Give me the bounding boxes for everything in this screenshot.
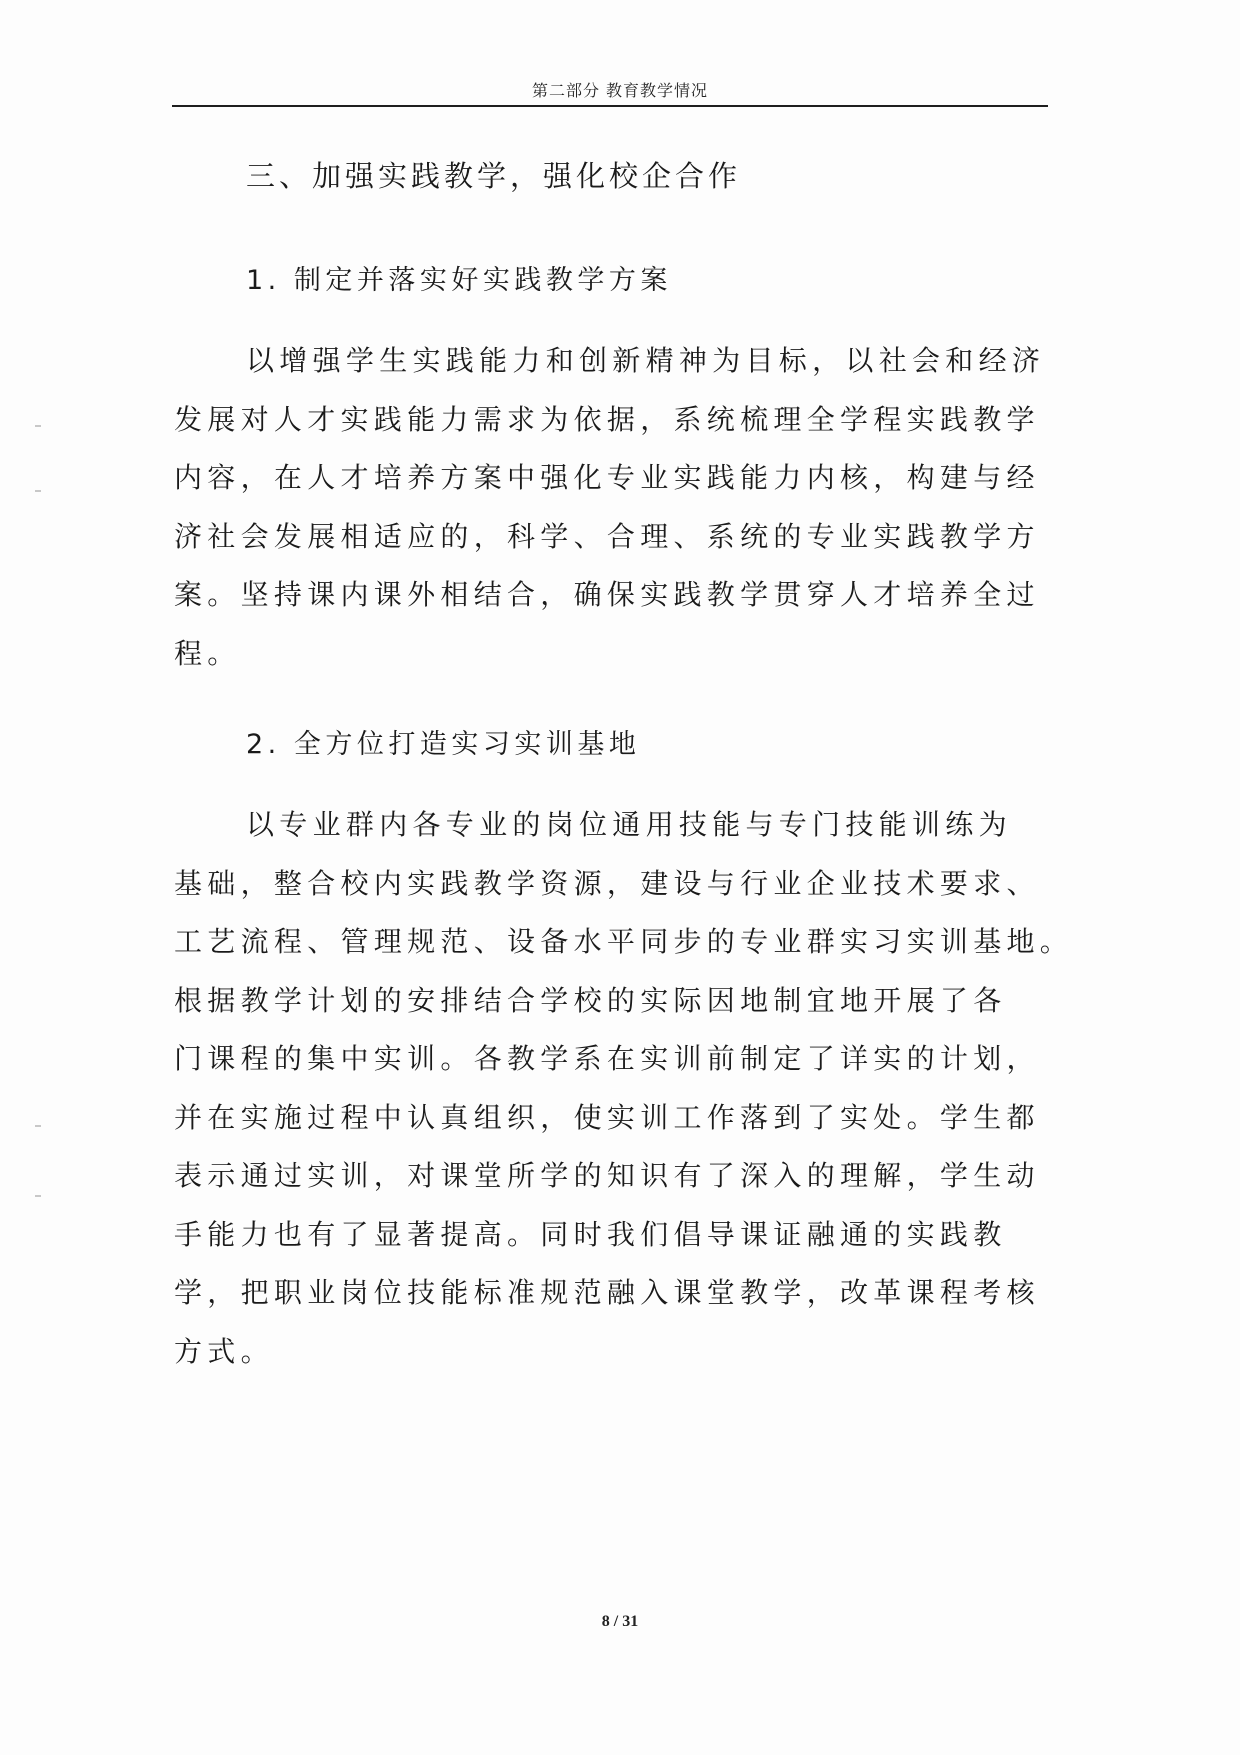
- scan-artifact: [35, 425, 41, 427]
- paragraph-line: 手能力也有了显著提高。同时我们倡导课证融通的实践教: [174, 1206, 1046, 1265]
- paragraph-line: 济社会发展相适应的，科学、合理、系统的专业实践教学方: [174, 508, 1046, 567]
- subsection-heading-2: 2. 全方位打造实习实训基地: [246, 722, 640, 761]
- paragraph-2: 以专业群内各专业的岗位通用技能与专门技能训练为 基础，整合校内实践教学资源，建设…: [174, 796, 1046, 1381]
- running-header: 第二部分 教育教学情况: [0, 78, 1240, 101]
- paragraph-line: 发展对人才实践能力需求为依据，系统梳理全学程实践教学: [174, 391, 1046, 450]
- paragraph-line: 学，把职业岗位技能标准规范融入课堂教学，改革课程考核: [174, 1264, 1046, 1323]
- scan-artifact: [35, 1195, 41, 1197]
- paragraph-line: 并在实施过程中认真组织，使实训工作落到了实处。学生都: [174, 1089, 1046, 1148]
- paragraph-line: 根据教学计划的安排结合学校的实际因地制宜地开展了各: [174, 972, 1046, 1031]
- paragraph-line: 以专业群内各专业的岗位通用技能与专门技能训练为: [174, 796, 1046, 855]
- subsection-heading-1: 1. 制定并落实好实践教学方案: [246, 258, 672, 297]
- paragraph-line: 门课程的集中实训。各教学系在实训前制定了详实的计划，: [174, 1030, 1046, 1089]
- section-heading: 三、加强实践教学，强化校企合作: [246, 154, 741, 195]
- paragraph-line: 工艺流程、管理规范、设备水平同步的专业群实习实训基地。: [174, 913, 1046, 972]
- paragraph-line: 内容，在人才培养方案中强化专业实践能力内核，构建与经: [174, 449, 1046, 508]
- paragraph-line: 方式。: [174, 1323, 1046, 1382]
- header-divider: [172, 105, 1048, 107]
- paragraph-line: 基础，整合校内实践教学资源，建设与行业企业技术要求、: [174, 855, 1046, 914]
- paragraph-1: 以增强学生实践能力和创新精神为目标，以社会和经济 发展对人才实践能力需求为依据，…: [174, 332, 1046, 683]
- paragraph-line: 以增强学生实践能力和创新精神为目标，以社会和经济: [174, 332, 1046, 391]
- paragraph-line: 案。坚持课内课外相结合，确保实践教学贯穿人才培养全过: [174, 566, 1046, 625]
- scan-artifact: [35, 490, 41, 492]
- paragraph-line: 表示通过实训，对课堂所学的知识有了深入的理解，学生动: [174, 1147, 1046, 1206]
- page-number: 8 / 31: [0, 1613, 1240, 1631]
- paragraph-line: 程。: [174, 625, 1046, 684]
- scan-artifact: [35, 1125, 41, 1127]
